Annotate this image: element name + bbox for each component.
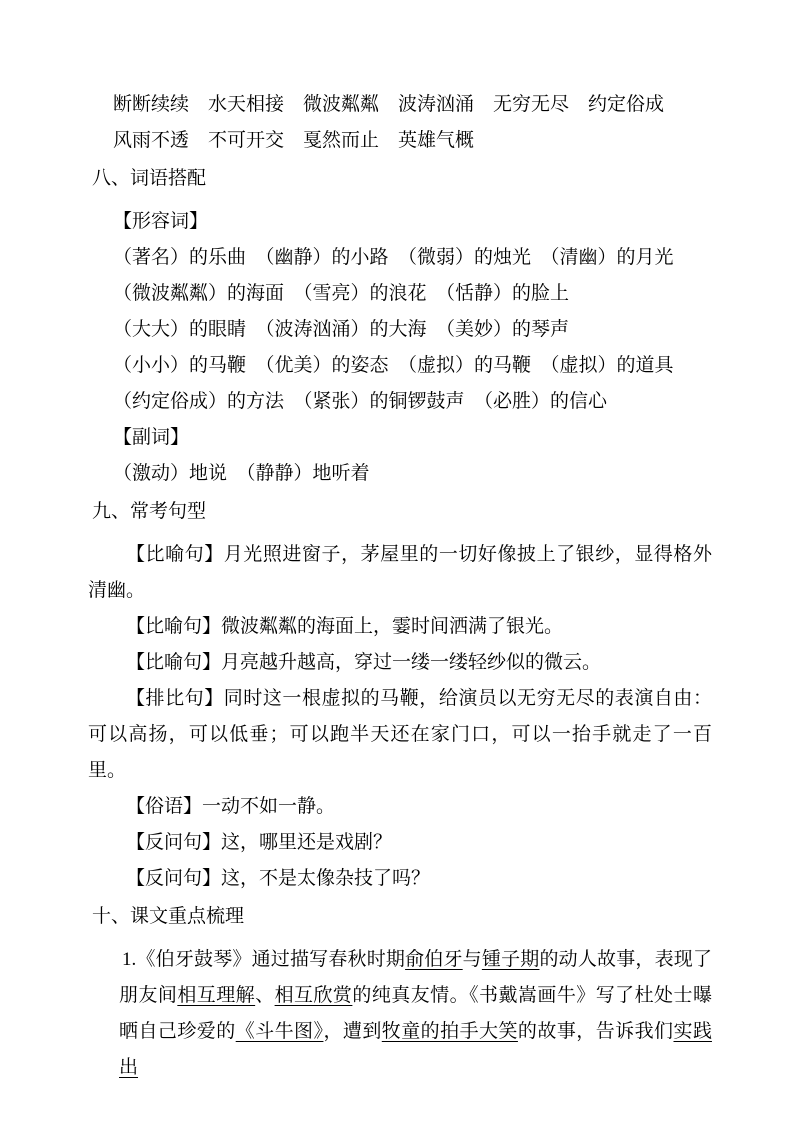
document-page: 断断续续 水天相接 微波粼粼 波涛汹涌 无穷无尽 约定俗成风雨不透 不可开交 戛…	[0, 0, 793, 1122]
word-pair-line: （大大）的眼睛 （波涛汹涌）的大海 （美妙）的琴声	[88, 312, 712, 348]
sub-label-adverb: 【副词】	[88, 420, 712, 456]
key-point-item-1: 1.《伯牙鼓琴》通过描写春秋时期俞伯牙与锺子期的动人故事，表现了朋友间相互理解、…	[119, 942, 712, 1086]
underlined-text: 相互理解	[177, 985, 255, 1006]
text-segment: 的故事，告诉我们	[518, 1021, 674, 1042]
sentence-example-simile: 【比喻句】月光照进窗子，茅屋里的一切好像披上了银纱，显得格外清幽。	[88, 537, 712, 609]
word-pair-line: （著名）的乐曲 （幽静）的小路 （微弱）的烛光 （清幽）的月光	[88, 240, 712, 276]
underlined-text: 俞伯牙	[405, 949, 463, 970]
underlined-text: 牧童的拍手大笑	[382, 1021, 518, 1042]
text-segment: 与	[463, 949, 482, 970]
underlined-text: 锺子期	[482, 949, 540, 970]
word-pair-line: （激动）地说 （静静）地听着	[88, 456, 712, 492]
text-segment: 、	[255, 985, 274, 1006]
sentence-example-parallelism: 【排比句】同时这一根虚拟的马鞭，给演员以无穷无尽的表演自由：可以高扬，可以低垂；…	[88, 681, 712, 789]
text-segment: ，遭到	[323, 1021, 381, 1042]
word-pair-line: （小小）的马鞭 （优美）的姿态 （虚拟）的马鞭 （虚拟）的道具	[88, 348, 712, 384]
section-heading-8: 八、词语搭配	[88, 161, 712, 197]
underlined-text: 相互欣赏	[275, 985, 353, 1006]
section-heading-9: 九、常考句型	[88, 494, 712, 530]
sentence-example-proverb: 【俗语】一动不如一静。	[88, 789, 712, 825]
text-segment: 1.《伯牙鼓琴》通过描写春秋时期	[122, 949, 405, 970]
word-pair-line: （约定俗成）的方法 （紧张）的铜锣鼓声 （必胜）的信心	[88, 384, 712, 420]
sentence-example-rhetorical: 【反问句】这，不是太像杂技了吗？	[88, 861, 712, 897]
document-body: 断断续续 水天相接 微波粼粼 波涛汹涌 无穷无尽 约定俗成风雨不透 不可开交 戛…	[88, 87, 712, 1086]
word-list-line: 风雨不透 不可开交 戛然而止 英雄气概	[88, 123, 712, 159]
sentence-example-simile: 【比喻句】微波粼粼的海面上，霎时间洒满了银光。	[88, 609, 712, 645]
section-heading-10: 十、课文重点梳理	[88, 899, 712, 935]
sentence-example-rhetorical: 【反问句】这，哪里还是戏剧？	[88, 825, 712, 861]
sub-label-adjective: 【形容词】	[88, 204, 712, 240]
sentence-example-simile: 【比喻句】月亮越升越高，穿过一缕一缕轻纱似的微云。	[88, 645, 712, 681]
word-list-line: 断断续续 水天相接 微波粼粼 波涛汹涌 无穷无尽 约定俗成	[88, 87, 712, 123]
underlined-text: 《斗牛图》	[236, 1021, 324, 1042]
word-pair-line: （微波粼粼）的海面 （雪亮）的浪花 （恬静）的脸上	[88, 276, 712, 312]
